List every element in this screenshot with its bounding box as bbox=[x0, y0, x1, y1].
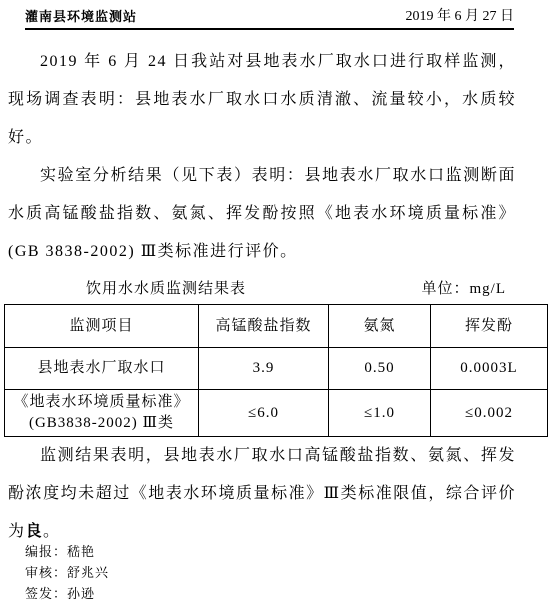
cell-phenol-limit: ≤0.002 bbox=[431, 390, 548, 437]
report-page: 灌南县环境监测站 2019 年 6 月 27 日 2019 年 6 月 24 日… bbox=[0, 5, 554, 602]
cell-ammonia-limit: ≤1.0 bbox=[329, 390, 431, 437]
signoff-issued-by: 签发：孙逊 bbox=[25, 583, 109, 602]
column-header-permanganate: 高锰酸盐指数 bbox=[199, 305, 329, 348]
cell-phenol-value: 0.0003L bbox=[431, 348, 548, 390]
overall-grade: 良 bbox=[26, 523, 44, 540]
column-header-item: 监测项目 bbox=[5, 305, 199, 348]
conclusion-section: 监测结果表明，县地表水厂取水口高锰酸盐指数、氨氮、挥发酚浓度均未超过《地表水环境… bbox=[8, 437, 516, 551]
cell-permanganate-limit: ≤6.0 bbox=[199, 390, 329, 437]
document-body: 2019 年 6 月 24 日我站对县地表水厂取水口进行取样监测，现场调查表明：… bbox=[8, 43, 516, 271]
table-row-standard: 《地表水环境质量标准》(GB3838-2002) Ⅲ类 ≤6.0 ≤1.0 ≤0… bbox=[5, 390, 548, 437]
table-caption-row: 饮用水水质监测结果表 单位：mg/L bbox=[8, 271, 506, 304]
table-caption: 饮用水水质监测结果表 bbox=[86, 277, 246, 298]
results-table: 监测项目 高锰酸盐指数 氨氮 挥发酚 县地表水厂取水口 3.9 0.50 0.0… bbox=[4, 304, 548, 437]
paragraph-conclusion: 监测结果表明，县地表水厂取水口高锰酸盐指数、氨氮、挥发酚浓度均未超过《地表水环境… bbox=[8, 437, 516, 551]
signoff-prepared-by: 编报：嵇艳 bbox=[25, 541, 109, 562]
paragraph-field-survey: 2019 年 6 月 24 日我站对县地表水厂取水口进行取样监测，现场调查表明：… bbox=[8, 43, 516, 157]
conclusion-text: 监测结果表明，县地表水厂取水口高锰酸盐指数、氨氮、挥发酚浓度均未超过《地表水环境… bbox=[8, 447, 516, 540]
cell-standard-name: 《地表水环境质量标准》(GB3838-2002) Ⅲ类 bbox=[5, 390, 199, 437]
cell-ammonia-value: 0.50 bbox=[329, 348, 431, 390]
document-header: 灌南县环境监测站 2019 年 6 月 27 日 bbox=[25, 5, 514, 30]
cell-permanganate-value: 3.9 bbox=[199, 348, 329, 390]
conclusion-period: 。 bbox=[43, 523, 61, 540]
signoff-block: 编报：嵇艳 审核：舒兆兴 签发：孙逊 bbox=[25, 541, 109, 602]
signoff-reviewed-by: 审核：舒兆兴 bbox=[25, 562, 109, 583]
report-date: 2019 年 6 月 27 日 bbox=[406, 5, 515, 25]
column-header-phenol: 挥发酚 bbox=[431, 305, 548, 348]
unit-label: 单位：mg/L bbox=[422, 277, 507, 298]
station-name: 灌南县环境监测站 bbox=[25, 6, 137, 25]
table-row-intake: 县地表水厂取水口 3.9 0.50 0.0003L bbox=[5, 348, 548, 390]
cell-site-name: 县地表水厂取水口 bbox=[5, 348, 199, 390]
column-header-ammonia: 氨氮 bbox=[329, 305, 431, 348]
paragraph-lab-results: 实验室分析结果（见下表）表明：县地表水厂取水口监测断面水质高锰酸盐指数、氨氮、挥… bbox=[8, 157, 516, 271]
table-header-row: 监测项目 高锰酸盐指数 氨氮 挥发酚 bbox=[5, 305, 548, 348]
